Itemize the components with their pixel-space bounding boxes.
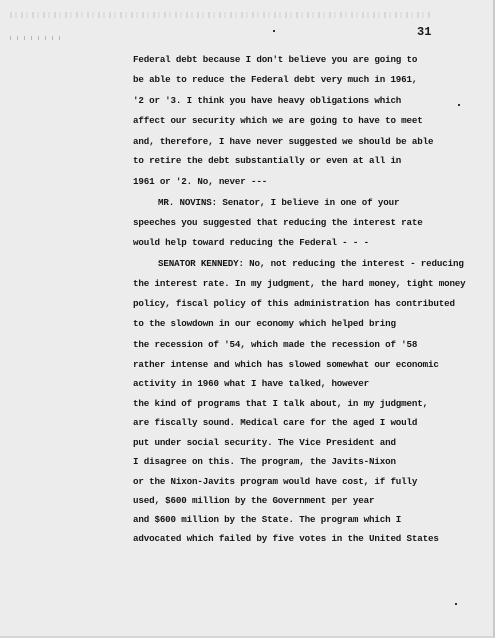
scan-artifact-strip [10,12,430,18]
page-number: 31 [417,25,431,39]
transcript-line: to the slowdown in our economy which hel… [133,318,396,330]
transcript-line: the recession of '54, which made the rec… [133,339,417,351]
transcript-line: and, therefore, I have never suggested w… [133,136,433,148]
transcript-line: the interest rate. In my judgment, the h… [133,278,466,290]
scan-artifact-marks [10,36,60,40]
transcript-line: put under social security. The Vice Pres… [133,437,396,449]
transcript-line: SENATOR KENNEDY: No, not reducing the in… [158,258,464,270]
transcript-line: be able to reduce the Federal debt very … [133,74,417,86]
transcript-line: rather intense and which has slowed some… [133,359,439,371]
scan-speck [458,104,460,106]
transcript-line: Federal debt because I don't believe you… [133,54,417,66]
transcript-line: 1961 or '2. No, never --- [133,176,267,188]
transcript-line: advocated which failed by five votes in … [133,533,439,545]
transcript-line: to retire the debt substantially or even… [133,155,401,167]
transcript-line: used, $600 million by the Government per… [133,495,374,507]
transcript-line: affect our security which we are going t… [133,115,423,127]
transcript-line: MR. NOVINS: Senator, I believe in one of… [158,197,399,209]
document-page: 31 Federal debt because I don't believe … [0,0,495,638]
transcript-line: would help toward reducing the Federal -… [133,237,369,249]
scan-speck [455,603,457,605]
scan-speck [273,30,275,32]
transcript-line: I disagree on this. The program, the Jav… [133,456,396,468]
transcript-line: the kind of programs that I talk about, … [133,398,428,410]
transcript-line: policy, fiscal policy of this administra… [133,298,455,310]
transcript-line: are fiscally sound. Medical care for the… [133,417,417,429]
transcript-line: activity in 1960 what I have talked, how… [133,378,369,390]
transcript-line: or the Nixon-Javits program would have c… [133,476,417,488]
transcript-line: and $600 million by the State. The progr… [133,514,401,526]
transcript-line: '2 or '3. I think you have heavy obligat… [133,95,401,107]
transcript-line: speeches you suggested that reducing the… [133,217,423,229]
